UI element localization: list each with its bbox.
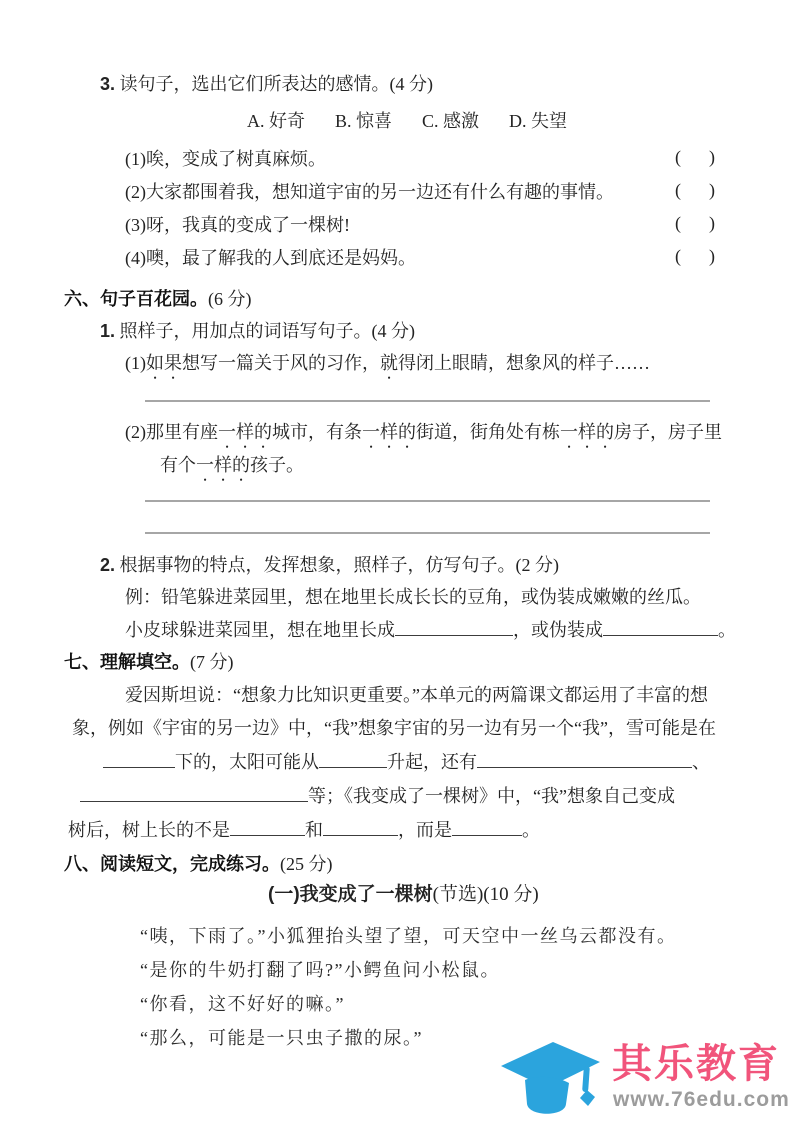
open-paren: (	[675, 213, 681, 234]
six-q1-item1: (1)如果想写一篇关于风的习作，就得闭上眼睛，想象风的样子……	[125, 351, 650, 383]
section-seven-title: 七、理解填空。(7 分)	[64, 650, 234, 674]
emphasized-word-yiyangde: 一样的	[560, 422, 614, 442]
emphasized-word-ruguo: 如果	[146, 353, 182, 373]
stem-seg: 小皮球躲进菜园里，想在地里长成	[125, 620, 395, 640]
item2-seg: 城市，有条	[272, 422, 362, 442]
q3-item-2: (2)大家都围着我，想知道宇宙的另一边还有什么有趣的事情。	[125, 180, 614, 204]
seven-line3: 下的，太阳可能从升起，还有、	[103, 750, 710, 774]
fill-blank[interactable]	[80, 799, 308, 802]
answer-brackets-3: ()	[675, 213, 715, 234]
passage-line: “是你的牛奶打翻了吗?”小鳄鱼问小松鼠。	[140, 958, 500, 982]
seven-line1: 爱因斯坦说：“想象力比知识更重要。”本单元的两篇课文都运用了丰富的想	[125, 683, 708, 707]
item2-seg: 街道，街角处有栋	[416, 422, 560, 442]
answer-line[interactable]	[145, 500, 710, 502]
section-six-title: 六、句子百花园。(6 分)	[64, 287, 252, 311]
seven-seg: ，而是	[398, 820, 452, 840]
q3-item-4: (4)噢，最了解我的人到底还是妈妈。	[125, 246, 416, 270]
stem-seg: ，或伪装成	[513, 620, 603, 640]
brand-url[interactable]: www.76edu.com	[613, 1088, 790, 1112]
option-b: B. 惊喜	[335, 109, 392, 133]
close-paren: )	[709, 147, 715, 168]
six-q1-item2-line1: (2)那里有座一样的城市，有条一样的街道，街角处有栋一样的房子，房子里	[125, 420, 722, 452]
q3-number: 3.	[100, 74, 115, 94]
seven-line2: 象，例如《宇宙的另一边》中，“我”想象宇宙的另一边有另一个“我”，雪可能是在	[72, 716, 716, 740]
answer-line[interactable]	[145, 532, 710, 534]
section-six-title-text: 六、句子百花园。	[64, 289, 208, 309]
seven-seg: 。	[522, 820, 540, 840]
option-c: C. 感激	[422, 109, 479, 133]
q3-item-1: (1)唉，变成了树真麻烦。	[125, 147, 326, 171]
six-q1-number: 1.	[100, 321, 115, 341]
section-eight-title-text: 八、阅读短文，完成练习。	[64, 854, 280, 874]
section-eight-score: (25 分)	[280, 854, 333, 874]
six-q2-title-text: 根据事物的特点，发挥想象，照样子，仿写句子。(2 分)	[120, 555, 560, 575]
seven-seg: 和	[305, 820, 323, 840]
q3-item-3: (3)呀，我真的变成了一棵树!	[125, 213, 350, 237]
item1-prefix: (1)	[125, 353, 146, 373]
passage-line: “那么，可能是一只虫子撒的尿。”	[140, 1026, 423, 1050]
answer-brackets-1: ()	[675, 147, 715, 168]
six-q1-title: 1. 照样子，用加点的词语写句子。(4 分)	[100, 319, 415, 343]
item1-end: 得闭上眼睛，想象风的样子……	[398, 353, 650, 373]
six-q2-example: 例：铅笔躲进菜园里，想在地里长成长长的豆角，或伪装成嫩嫩的丝瓜。	[125, 585, 701, 609]
six-q1-title-text: 照样子，用加点的词语写句子。(4 分)	[120, 321, 416, 341]
seven-line5: 树后，树上长的不是和，而是。	[68, 818, 540, 842]
worksheet-page: 3. 读句子，选出它们所表达的感情。(4 分) A. 好奇 B. 惊喜 C. 感…	[0, 0, 793, 1122]
fill-blank[interactable]	[323, 833, 398, 836]
fill-blank[interactable]	[230, 833, 305, 836]
open-paren: (	[675, 180, 681, 201]
q3-title-text: 读句子，选出它们所表达的感情。(4 分)	[120, 74, 434, 94]
section-six-score: (6 分)	[208, 289, 252, 309]
emphasized-word-yiyangde: 一样的	[362, 422, 416, 442]
close-paren: )	[709, 213, 715, 234]
emphasized-word-yiyangde: 一样的	[196, 455, 250, 475]
seven-line4: 等；《我变成了一棵树》中，“我”想象自己变成	[80, 784, 675, 808]
seven-seg: 、	[692, 752, 710, 772]
fill-blank[interactable]	[477, 765, 692, 768]
open-paren: (	[675, 147, 681, 168]
six-q2-number: 2.	[100, 555, 115, 575]
q3-options-row: A. 好奇 B. 惊喜 C. 感激 D. 失望	[247, 109, 567, 133]
close-paren: )	[709, 246, 715, 267]
brand-name: 其乐教育	[612, 1042, 780, 1086]
answer-line[interactable]	[145, 400, 710, 402]
open-paren: (	[675, 246, 681, 267]
six-q2-stem: 小皮球躲进菜园里，想在地里长成，或伪装成。	[125, 618, 736, 642]
passage-line: “咦，下雨了。”小狐狸抬头望了望，可天空中一丝乌云都没有。	[140, 924, 676, 948]
item2-seg: 有个	[160, 455, 196, 475]
passage-line: “你看，这不好好的嘛。”	[140, 992, 345, 1016]
passage-title-sub: (节选)(10 分)	[433, 884, 539, 905]
passage-title-main: (一)我变成了一棵树	[268, 884, 433, 905]
six-q1-item2-line2: 有个一样的孩子。	[160, 453, 304, 485]
item2-seg: 房子，房子里	[614, 422, 722, 442]
fill-blank[interactable]	[319, 765, 387, 768]
item1-mid: 想写一篇关于风的习作，	[182, 353, 380, 373]
item2-seg: 孩子。	[250, 455, 304, 475]
seven-seg: 下的，太阳可能从	[175, 752, 319, 772]
close-paren: )	[709, 180, 715, 201]
emphasized-word-jiu: 就	[380, 353, 398, 373]
graduation-cap-icon	[495, 1034, 607, 1122]
six-q2-title: 2. 根据事物的特点，发挥想象，照样子，仿写句子。(2 分)	[100, 553, 559, 577]
fill-blank[interactable]	[603, 633, 718, 636]
item2-seg: (2)那里有座	[125, 422, 218, 442]
fill-blank[interactable]	[452, 833, 522, 836]
q3-title: 3. 读句子，选出它们所表达的感情。(4 分)	[100, 72, 433, 96]
passage-title: (一)我变成了一棵树(节选)(10 分)	[268, 883, 539, 907]
fill-blank[interactable]	[395, 633, 513, 636]
section-eight-title: 八、阅读短文，完成练习。(25 分)	[64, 852, 333, 876]
seven-seg: 等；《我变成了一棵树》中，“我”想象自己变成	[308, 786, 675, 806]
seven-seg: 升起，还有	[387, 752, 477, 772]
stem-seg: 。	[718, 620, 736, 640]
emphasized-word-yiyangde: 一样的	[218, 422, 272, 442]
fill-blank[interactable]	[103, 765, 175, 768]
answer-brackets-4: ()	[675, 246, 715, 267]
option-d: D. 失望	[509, 109, 567, 133]
option-a: A. 好奇	[247, 109, 305, 133]
answer-brackets-2: ()	[675, 180, 715, 201]
section-seven-title-text: 七、理解填空。	[64, 652, 190, 672]
seven-seg: 树后，树上长的不是	[68, 820, 230, 840]
section-seven-score: (7 分)	[190, 652, 234, 672]
